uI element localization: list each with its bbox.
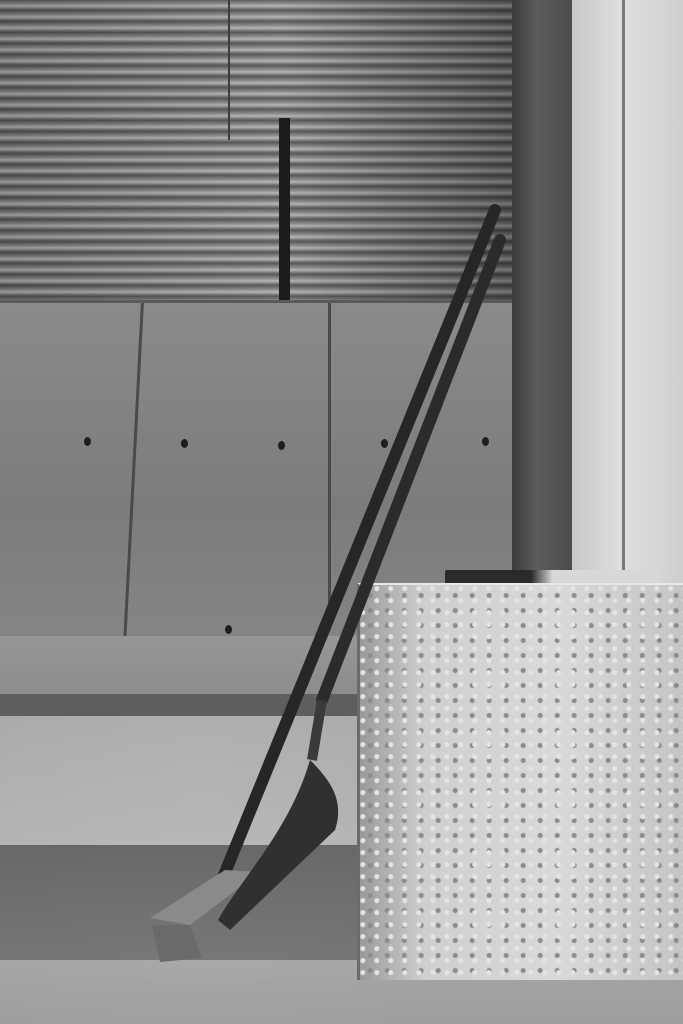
tools-overlay [0,0,683,1024]
shovel-handle [322,240,500,700]
shovel-socket [312,700,322,760]
photo-scene [0,0,683,1024]
broom-bristles [152,925,202,962]
broom-handle [222,210,495,880]
